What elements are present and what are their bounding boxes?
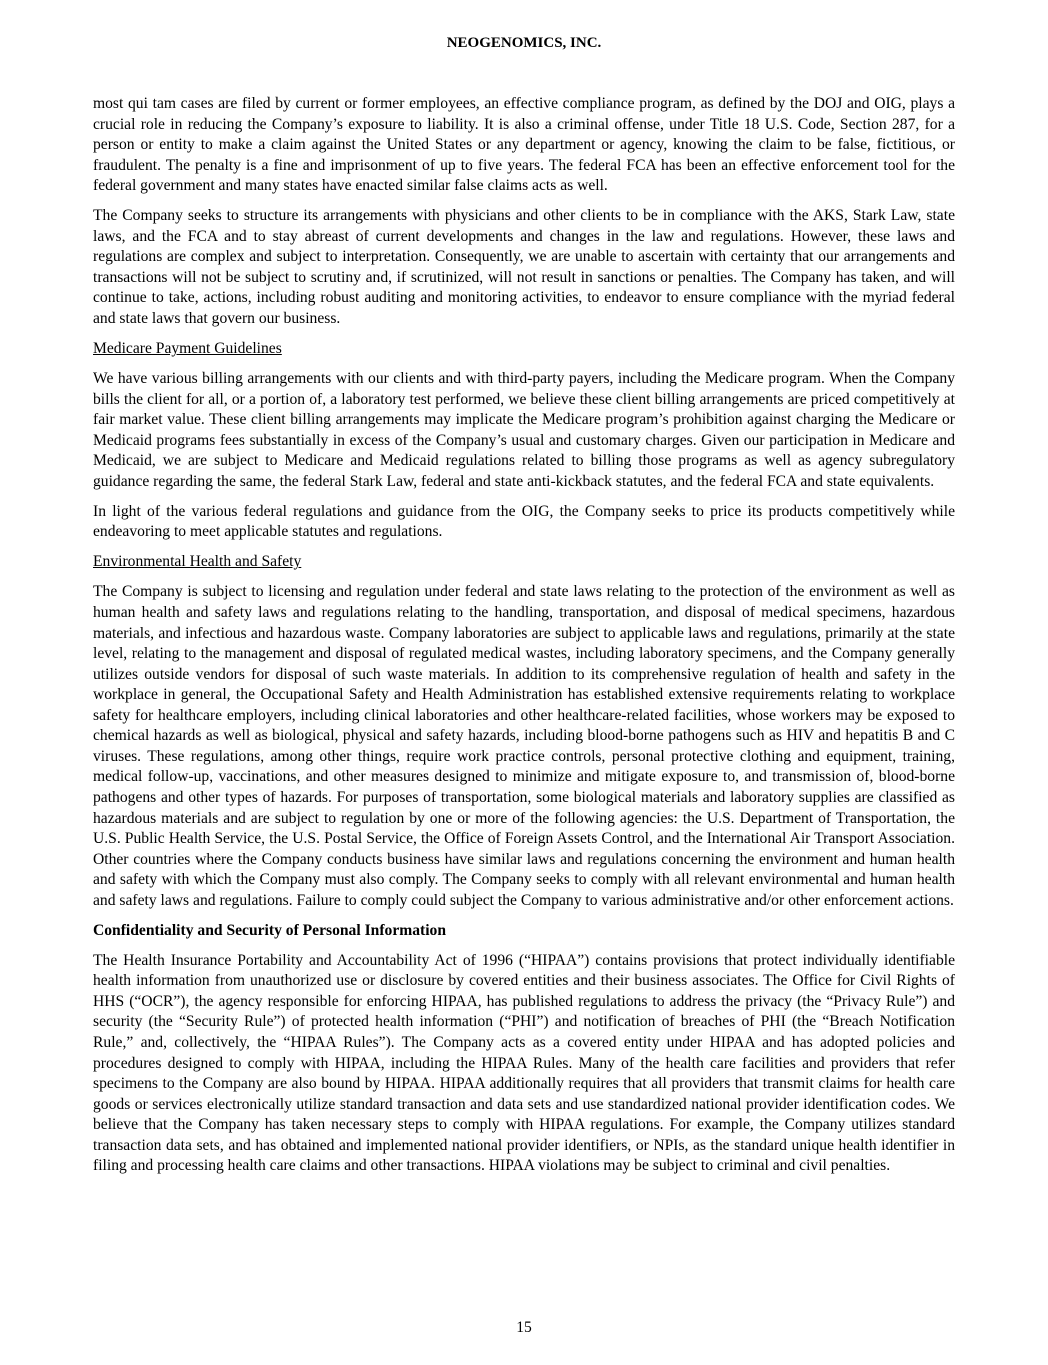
subheading-confidentiality-security: Confidentiality and Security of Personal… [93, 921, 955, 942]
subheading-environmental-health-safety: Environmental Health and Safety [93, 552, 955, 573]
paragraph-false-claims-continued: most qui tam cases are filed by current … [93, 94, 955, 197]
subheading-medicare-payment-guidelines: Medicare Payment Guidelines [93, 339, 955, 360]
paragraph-compliance-arrangements: The Company seeks to structure its arran… [93, 206, 955, 329]
page-number: 15 [0, 1319, 1048, 1337]
page-header-company-name: NEOGENOMICS, INC. [0, 35, 1048, 52]
paragraph-environmental-regulation: The Company is subject to licensing and … [93, 582, 955, 911]
document-body: most qui tam cases are filed by current … [93, 94, 955, 1186]
paragraph-billing-arrangements: We have various billing arrangements wit… [93, 369, 955, 492]
paragraph-hipaa: The Health Insurance Portability and Acc… [93, 951, 955, 1177]
paragraph-pricing-competitively: In light of the various federal regulati… [93, 502, 955, 543]
